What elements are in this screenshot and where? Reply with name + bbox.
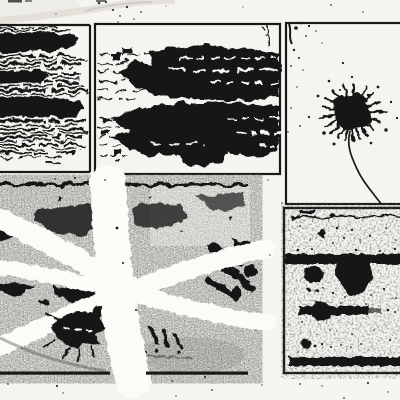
panel-border-bottom-part xyxy=(0,372,110,375)
dust-spatter-part xyxy=(370,294,372,296)
splat-halo-dots-part xyxy=(322,131,326,135)
dust-spatter-part xyxy=(314,345,317,348)
dust-spatter-part xyxy=(394,248,396,250)
margin-specks-part xyxy=(343,397,345,399)
splat-spikes-part xyxy=(353,84,354,95)
margin-specks-part xyxy=(140,11,142,13)
ink-mass-part xyxy=(101,131,109,136)
dark-marks-under-part xyxy=(40,300,49,304)
splat-halo-dots-part xyxy=(333,143,336,146)
center-wisp-marks-part xyxy=(145,351,147,353)
dust-spatter-part xyxy=(365,303,367,305)
margin-specks-part xyxy=(261,384,262,385)
margin-specks-part xyxy=(133,18,135,20)
dust-spatter-part xyxy=(340,302,342,304)
white-brush-strokes-part xyxy=(112,275,142,305)
corner-spatter-part-part xyxy=(300,22,303,25)
margin-specks-part xyxy=(255,329,257,331)
margin-specks-part xyxy=(98,2,101,5)
margin-specks-part xyxy=(387,391,388,392)
stray-dot xyxy=(122,262,124,264)
dark-marks-under-part xyxy=(231,288,241,298)
ink-mass-part xyxy=(104,117,111,121)
streak-texture-part xyxy=(84,60,86,62)
margin-specks-part xyxy=(299,383,301,385)
dark-marks-under-part xyxy=(179,231,181,233)
splat-halo-dots-part xyxy=(367,94,369,96)
dust-spatter-part xyxy=(369,235,371,237)
dust-spatter-part xyxy=(389,339,391,341)
ink-mass-part xyxy=(138,73,146,78)
dust-spatter-part xyxy=(379,250,381,252)
dust-spatter-part xyxy=(297,249,300,252)
center-wisp-marks-part xyxy=(178,351,181,354)
corner-spatter-part-part xyxy=(315,30,316,31)
margin-specks-part xyxy=(171,380,173,382)
ink-mass-part xyxy=(121,47,132,53)
bars-and-blots-part xyxy=(331,214,336,219)
ink-bar-2 xyxy=(299,306,369,315)
bars-and-blots-part xyxy=(307,287,311,291)
dust-spatter-part xyxy=(394,311,396,313)
ink-splat-part xyxy=(352,107,372,127)
margin-specks-part xyxy=(330,4,332,6)
dust-spatter-part xyxy=(329,329,331,331)
margin-specks-part xyxy=(242,6,243,7)
small-blot-2 xyxy=(301,339,311,349)
splat-halo-dots-part xyxy=(384,128,387,131)
corner-spatter-part-part xyxy=(290,107,292,109)
dust-spatter-part xyxy=(299,225,301,227)
splat-halo-dots-part xyxy=(351,76,353,78)
dust-spatter-part xyxy=(357,290,360,293)
margin-specks-part xyxy=(87,179,88,180)
splat-halo-dots-part xyxy=(390,101,392,103)
comic-page xyxy=(0,0,400,400)
margin-specks-part xyxy=(117,21,118,22)
corner-spatter-part-part xyxy=(342,62,344,64)
corner-spatter-part-part xyxy=(294,26,298,30)
panel-border-bottom-part xyxy=(146,372,248,375)
corner-spatter-part-part xyxy=(302,69,303,70)
corner-spatter-part-part xyxy=(308,25,310,27)
margin-specks-part xyxy=(362,11,363,12)
margin-specks-part xyxy=(7,383,9,385)
bar-blot xyxy=(311,301,331,321)
page-curl-shading-part xyxy=(96,0,106,2)
corner-spatter-part-part xyxy=(298,57,300,59)
dust-spatter-part xyxy=(383,288,385,290)
corner-spatter-part-part xyxy=(305,35,307,37)
abstract-comic-artwork xyxy=(0,0,400,400)
margin-specks-part xyxy=(367,382,369,384)
ink-mass-part xyxy=(114,151,121,155)
dust-spatter-part xyxy=(344,296,346,298)
page-curl-shading-part xyxy=(8,0,22,3)
splat-spikes-part xyxy=(352,129,353,141)
dust-spatter-part xyxy=(359,239,361,241)
dust-spatter-part xyxy=(395,297,397,299)
stray-dot xyxy=(116,227,119,230)
dust-spatter-part xyxy=(387,309,390,312)
margin-specks-part xyxy=(211,389,213,391)
ink-bar-1 xyxy=(285,254,400,264)
dust-spatter-part xyxy=(360,343,362,345)
margin-specks-part xyxy=(126,6,128,8)
dust-spatter-part xyxy=(332,242,334,244)
corner-spatter-part-part xyxy=(287,131,288,132)
corner-spatter-part-part xyxy=(296,86,297,87)
margin-specks-part xyxy=(269,254,270,255)
dust-spatter-part xyxy=(351,229,353,231)
dust-spatter-part xyxy=(351,333,353,335)
splat-halo-dots-part xyxy=(377,86,380,89)
dust-spatter-part xyxy=(355,249,357,251)
splat-halo-dots-part xyxy=(339,89,341,91)
dark-marks-under-part xyxy=(59,199,62,202)
dust-spatter-part xyxy=(350,346,352,348)
page-curl-shading-part xyxy=(25,0,32,2)
margin-specks-part xyxy=(104,179,106,181)
dust-spatter-part xyxy=(311,248,313,250)
dust-spatter-part xyxy=(330,346,332,348)
ink-mass-part xyxy=(118,159,121,162)
margin-specks-part xyxy=(54,178,56,180)
margin-specks-part xyxy=(105,1,107,3)
splat-halo-dots-part xyxy=(328,80,331,83)
dust-spatter-part xyxy=(395,239,397,241)
splat-halo-dots-part xyxy=(308,116,310,118)
dust-spatter-part xyxy=(340,344,342,346)
margin-specks-part xyxy=(56,385,58,387)
dust-spatter-part xyxy=(343,237,345,239)
ink-mass-part xyxy=(262,28,265,31)
corner-spatter-part-part xyxy=(290,65,292,67)
margin-specks-part xyxy=(321,385,322,386)
dark-wash xyxy=(135,337,245,373)
margin-specks-part xyxy=(112,9,114,11)
streak-texture-part xyxy=(86,92,88,94)
dust-spatter-part xyxy=(309,239,311,241)
bars-and-blots-part xyxy=(369,308,382,313)
margin-specks-part xyxy=(74,177,76,179)
margin-specks-part xyxy=(281,202,283,204)
streak-texture-part xyxy=(83,130,85,132)
ink-mass-part xyxy=(265,36,267,38)
stray-dot xyxy=(135,309,137,311)
bars-and-blots-part xyxy=(316,290,319,293)
dark-marks-under-part xyxy=(244,265,256,277)
dust-spatter-part xyxy=(373,329,375,331)
margin-specks-part xyxy=(166,6,167,7)
margin-specks-part xyxy=(55,13,56,14)
margin-specks-part xyxy=(267,179,268,180)
splat-halo-dots-part xyxy=(299,125,301,127)
bars-and-blots-part xyxy=(322,286,324,288)
corner-spatter-part-part xyxy=(321,42,322,43)
dust-spatter-part xyxy=(336,227,339,230)
streak-texture-part xyxy=(79,149,81,151)
margin-specks-part xyxy=(62,392,63,393)
ink-mass-part xyxy=(111,54,120,59)
bars-and-blots-part xyxy=(300,210,314,214)
panel-bottom-right xyxy=(284,208,400,373)
dust-spatter-part xyxy=(297,351,299,353)
dust-spatter-part xyxy=(385,227,387,229)
ink-bar-3 xyxy=(289,357,400,366)
dust-spatter-part xyxy=(332,292,334,294)
small-blot xyxy=(319,230,326,237)
splat-halo-dots-part xyxy=(370,142,373,145)
ink-mass-part xyxy=(126,58,130,62)
corner-spatter-part-part xyxy=(293,49,295,51)
splat-halo-dots-part xyxy=(317,95,320,98)
dark-marks-under-part xyxy=(151,195,153,197)
center-wisp-marks-part xyxy=(154,348,157,351)
dark-marks-under-part xyxy=(229,217,232,220)
margin-specks-part xyxy=(175,395,176,396)
splat-halo-dots-part xyxy=(396,117,398,119)
dust-spatter-part xyxy=(321,343,323,345)
panel-bottom-left xyxy=(0,183,268,380)
margin-specks-part xyxy=(204,376,206,378)
dust-spatter-part xyxy=(301,321,303,323)
margin-specks-part xyxy=(119,15,121,17)
